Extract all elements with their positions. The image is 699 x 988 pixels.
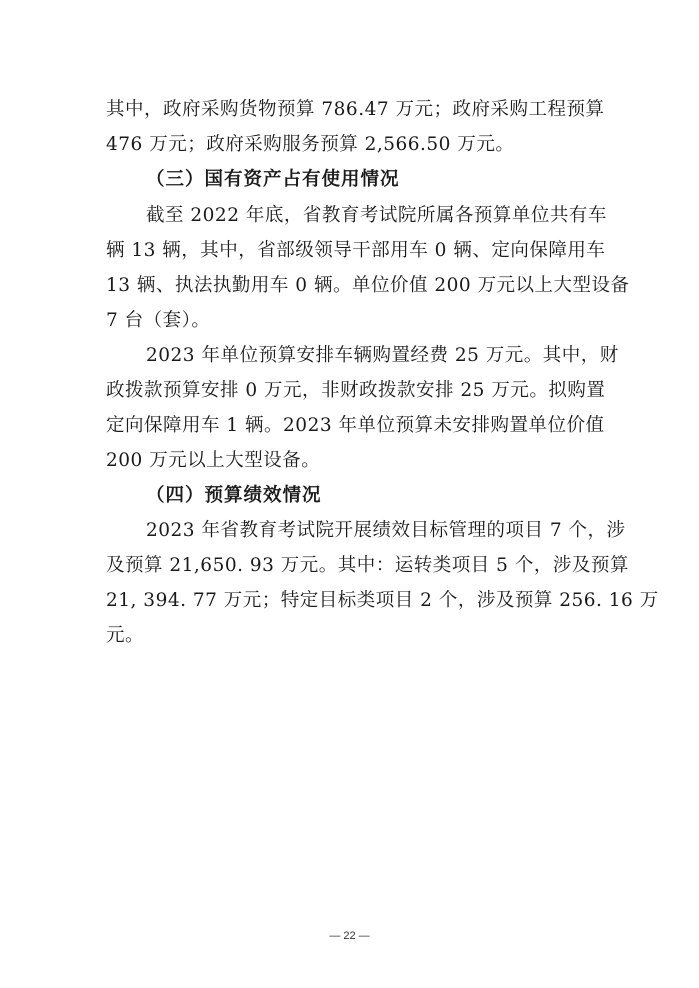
text-line: 截至 2022 年底，省教育考试院所属各预算单位共有车	[146, 204, 594, 228]
section-heading-assets: （三）国有资产占有使用情况	[146, 168, 400, 192]
text-line: 13 辆、执法执勤用车 0 辆。单位价值 200 万元以上大型设备	[106, 274, 594, 298]
document-page: 其中，政府采购货物预算 786.47 万元；政府采购工程预算 476 万元；政府…	[0, 0, 699, 988]
text-line: 2023 年省教育考试院开展绩效目标管理的项目 7 个，涉	[146, 519, 594, 543]
text-line: 辆 13 辆，其中，省部级领导干部用车 0 辆、定向保障用车	[106, 239, 594, 263]
text-line: 200 万元以上大型设备。	[106, 449, 594, 473]
text-line: 政拨款预算安排 0 万元，非财政拨款安排 25 万元。拟购置	[106, 379, 594, 403]
text-line: 7 台（套）。	[106, 309, 594, 333]
text-line: 476 万元；政府采购服务预算 2,566.50 万元。	[106, 133, 594, 157]
text-line: 21, 394. 77 万元；特定目标类项目 2 个，涉及预算 256. 16 …	[106, 589, 594, 613]
text-line: 元。	[106, 624, 594, 648]
text-line: 定向保障用车 1 辆。2023 年单位预算未安排购置单位价值	[106, 414, 594, 438]
section-heading-performance: （四）预算绩效情况	[146, 484, 322, 508]
text-line: 2023 年单位预算安排车辆购置经费 25 万元。其中，财	[146, 344, 594, 368]
text-line: 其中，政府采购货物预算 786.47 万元；政府采购工程预算	[106, 98, 594, 122]
page-number: — 22 —	[0, 930, 699, 942]
text-line: 及预算 21,650. 93 万元。其中：运转类项目 5 个，涉及预算	[106, 554, 594, 578]
